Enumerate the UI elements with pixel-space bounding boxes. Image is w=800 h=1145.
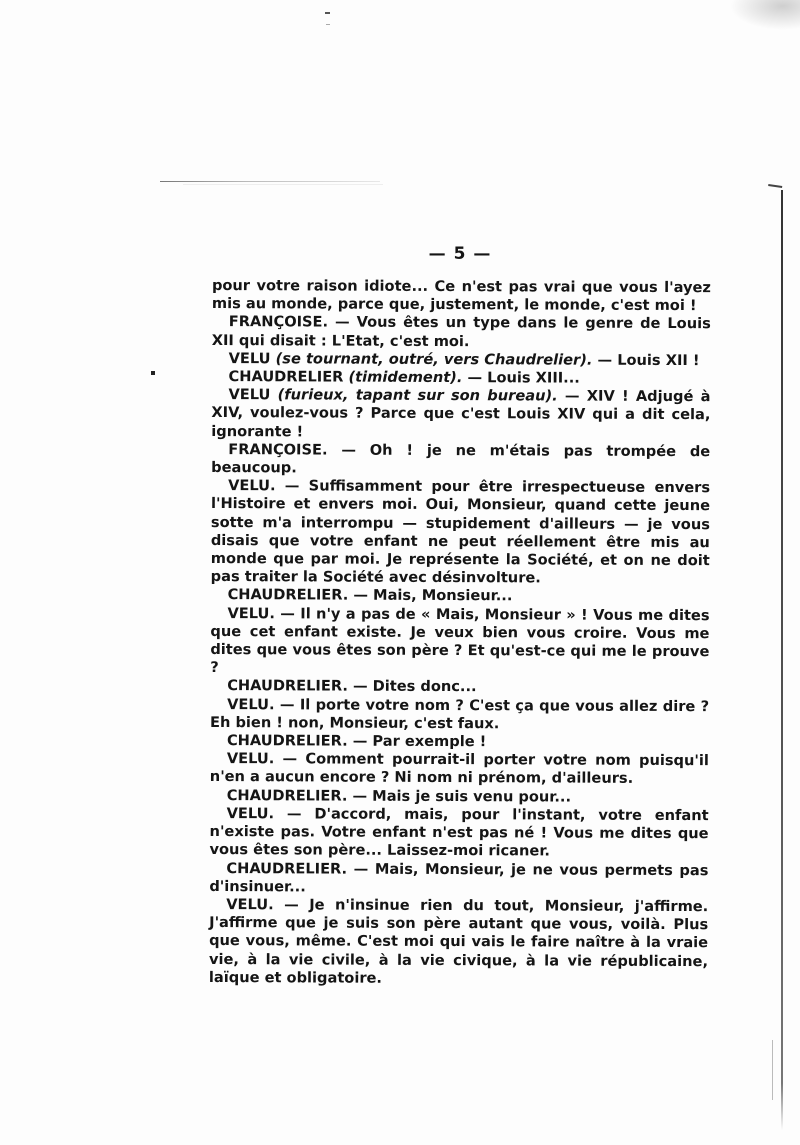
speaker-name: CHAUDRELIER. [228,587,349,605]
dialogue-paragraph: FRANÇOISE. — Oh ! je ne m'étais pas trom… [211,441,710,480]
speaker-name: FRANÇOISE. [228,441,327,458]
speaker-name: CHAUDRELIER [229,368,344,386]
dialogue-text: — Louis XIII... [462,369,579,387]
speaker-name: FRANÇOISE. [229,313,328,330]
speaker-name: VELU. [227,805,275,822]
speaker-name: VELU. [227,605,275,622]
dialogue-paragraph: CHAUDRELIER. — Dites donc... [210,677,709,697]
dialogue-text: — Je n'insinue rien du tout, Monsieur, j… [209,896,708,986]
play-dialogue: pour votre raison idiote... Ce n'est pas… [209,277,711,989]
page-number: — 5 — [200,244,720,264]
speaker-name: CHAUDRELIER. [227,787,348,805]
stage-direction: (furieux, tapant sur son bureau). [270,386,557,404]
dialogue-paragraph: VELU (furieux, tapant sur son bureau). —… [211,386,710,443]
scan-speck [326,24,330,25]
dialogue-paragraph: CHAUDRELIER. — Par exemple ! [210,732,709,752]
speaker-name: VELU. [228,477,276,494]
scan-smudge [730,0,800,30]
dialogue-text: — Il porte votre nom ? C'est ça que vous… [210,696,709,732]
speaker-name: VELU. [226,896,274,913]
speaker-name: VELU. [227,750,275,767]
dialogue-text: pour votre raison idiote... Ce n'est pas… [212,277,711,314]
stage-direction: (se tournant, outré, vers Chaudrelier). [271,350,593,368]
dialogue-paragraph: VELU. — Il n'y a pas de « Mais, Monsieur… [210,605,709,680]
page-top-edge-faint [183,184,383,185]
dialogue-text: — Mais je suis venu pour... [347,787,571,805]
stage-direction: (timidement). [343,369,462,387]
dialogue-paragraph: VELU. — Suffisamment pour être irrespect… [211,477,710,588]
speaker-name: CHAUDRELIER. [227,732,348,750]
dialogue-text: — Il n'y a pas de « Mais, Monsieur » ! V… [210,605,709,676]
dialogue-text: — Suffisamment pour être irrespectueuse … [211,478,710,587]
dialogue-paragraph: CHAUDRELIER (timidement). — Louis XIII..… [212,368,711,388]
speaker-name: VELU [228,386,270,403]
dialogue-paragraph: CHAUDRELIER. — Mais, Monsieur... [211,586,710,606]
page-right-edge-faint [772,1040,773,1100]
speaker-name: VELU [229,350,271,367]
dialogue-paragraph: VELU. — Il porte votre nom ? C'est ça qu… [210,696,709,735]
speaker-name: VELU. [227,696,275,713]
dialogue-paragraph: VELU. — Comment pourrait-il porter votre… [210,750,709,789]
speaker-name: CHAUDRELIER. [227,678,348,696]
dialogue-paragraph: VELU. — Je n'insinue rien du tout, Monsi… [209,896,708,989]
dialogue-paragraph: VELU (se tournant, outré, vers Chaudreli… [212,350,711,370]
dialogue-text: — Par exemple ! [348,733,487,751]
dialogue-text: — Mais, Monsieur... [348,587,512,605]
dialogue-paragraph: FRANÇOISE. — Vous êtes un type dans le g… [212,313,711,352]
dialogue-text: — D'accord, mais, pour l'instant, votre … [209,805,708,860]
speaker-name: CHAUDRELIER. [226,860,347,878]
dialogue-paragraph: pour votre raison idiote... Ce n'est pas… [212,277,711,316]
page-top-edge [160,181,380,182]
dialogue-paragraph: CHAUDRELIER. — Mais, Monsieur, je ne vou… [209,859,708,898]
ink-dot [151,371,155,375]
dialogue-text: — Dites donc... [348,678,477,696]
dialogue-paragraph: VELU. — D'accord, mais, pour l'instant, … [209,805,708,862]
dialogue-text: — Louis XII ! [592,351,699,368]
dialogue-text: — Comment pourrait-il porter votre nom p… [210,751,709,788]
page-right-edge [781,190,783,1130]
dialogue-paragraph: CHAUDRELIER. — Mais je suis venu pour... [210,787,709,807]
scan-speck [325,12,330,14]
